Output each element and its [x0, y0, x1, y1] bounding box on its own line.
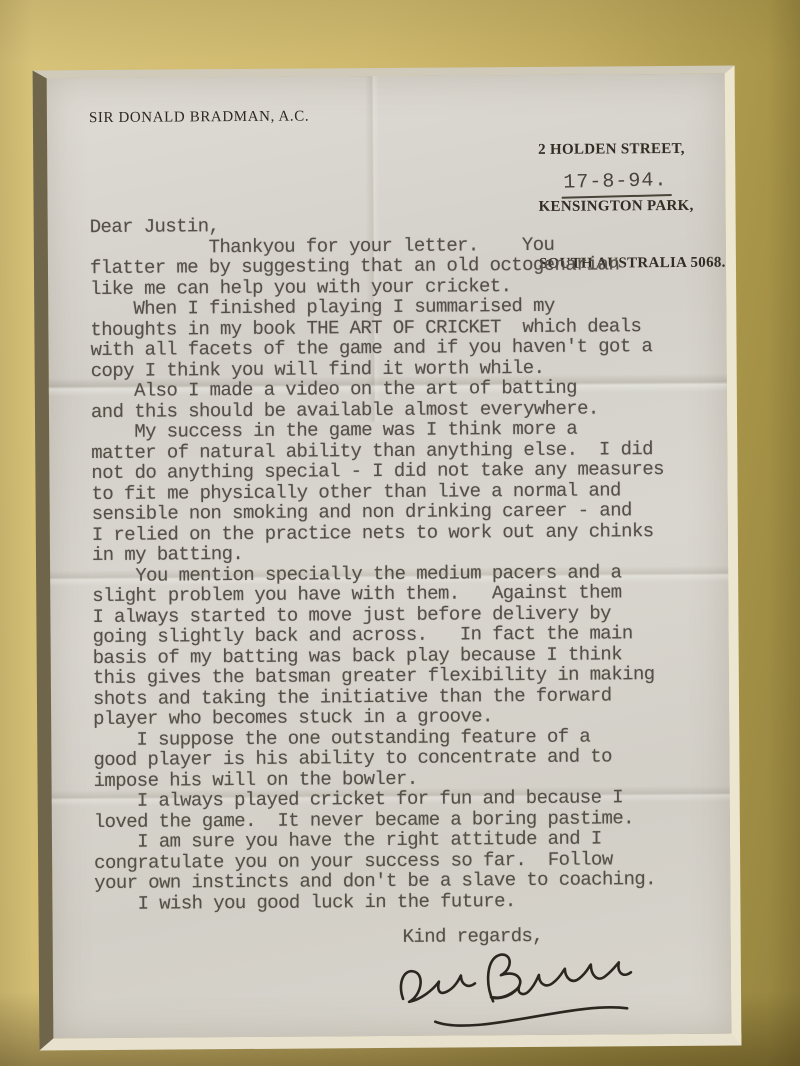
letterhead-name: SIR DONALD BRADMAN, A.C.	[89, 109, 309, 128]
letter-paper: SIR DONALD BRADMAN, A.C. 2 HOLDEN STREET…	[33, 66, 742, 1051]
framed-letter-photo: { "letter": { "letterhead_name": "SIR DO…	[0, 0, 800, 1066]
letter-date: 17-8-94.	[561, 169, 672, 199]
signature-don-bradman: Don Bradman	[375, 942, 676, 1039]
signature-ink-strokes: Don Bradman	[375, 942, 676, 1034]
address-line-1: 2 HOLDEN STREET,	[538, 140, 725, 160]
letter-body: Dear Justin, Thankyou for your letter. Y…	[90, 213, 667, 914]
